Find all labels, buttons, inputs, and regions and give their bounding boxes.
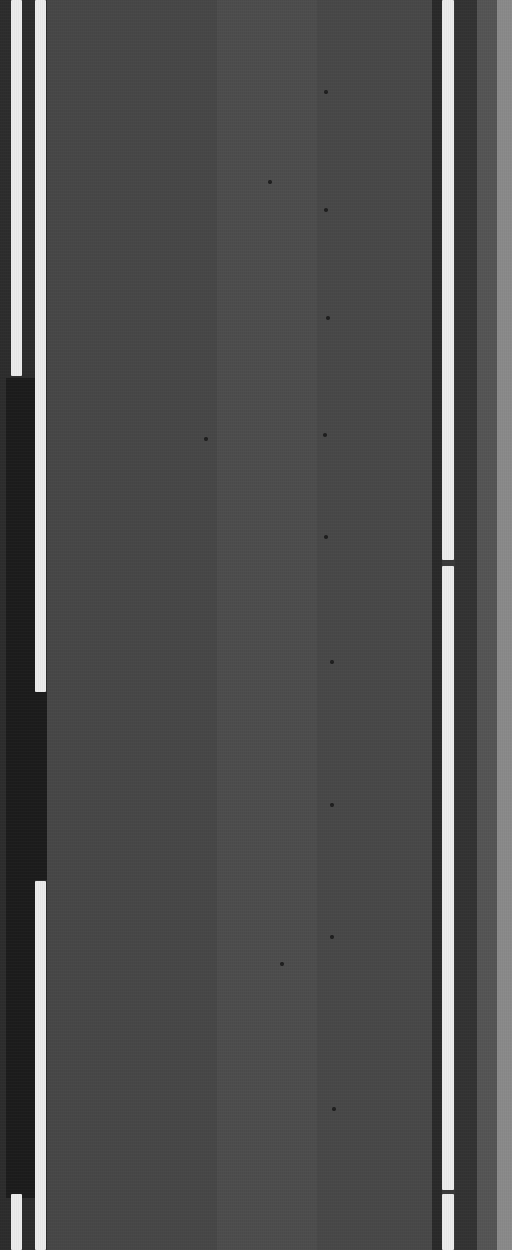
lane-marking — [11, 1194, 22, 1250]
lane-marking — [442, 0, 454, 560]
road-spot — [330, 803, 334, 807]
dark-asphalt-patch — [6, 378, 35, 1198]
curb — [477, 0, 497, 1250]
main-lane — [47, 0, 432, 1250]
road-spot — [324, 208, 328, 212]
road-aerial-image — [0, 0, 512, 1250]
right-shoulder — [455, 0, 477, 1250]
road-spot — [324, 90, 328, 94]
road-spot — [330, 660, 334, 664]
road-spot — [330, 935, 334, 939]
right-edge-strip — [432, 0, 442, 1250]
lane-marking — [35, 881, 46, 1250]
verge — [497, 0, 512, 1250]
road-spot — [204, 437, 208, 441]
road-spot — [324, 535, 328, 539]
road-spot — [326, 316, 330, 320]
lane-marking — [442, 566, 454, 1190]
lane-marking — [35, 0, 46, 692]
road-spot — [280, 962, 284, 966]
lane-marking — [11, 0, 22, 376]
road-spot — [268, 180, 272, 184]
lane-marking — [442, 1194, 454, 1250]
dark-asphalt-patch — [35, 692, 47, 880]
road-spot — [323, 433, 327, 437]
road-spot — [332, 1107, 336, 1111]
